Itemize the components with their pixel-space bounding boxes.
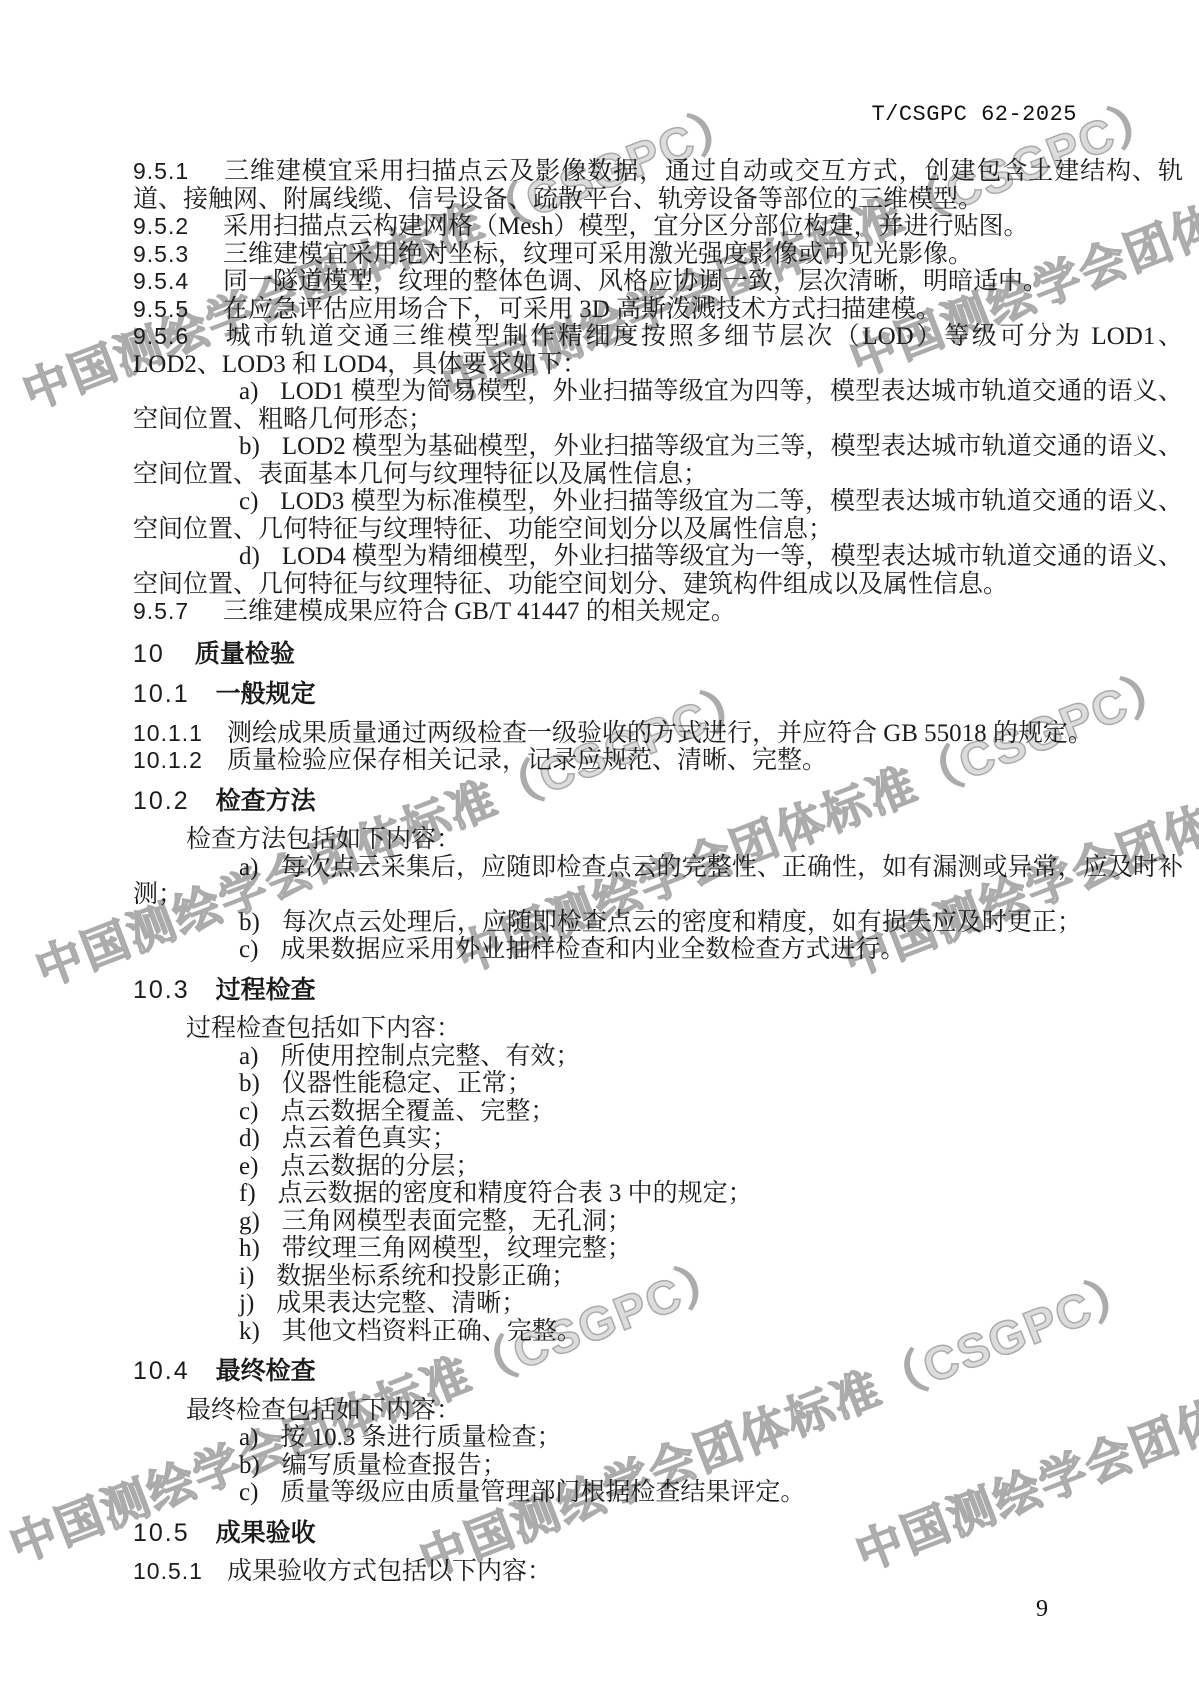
item-text: 带纹理三角网模型，纹理完整； bbox=[282, 1235, 632, 1262]
item-letter: a) bbox=[186, 1424, 258, 1452]
page-number: 9 bbox=[1036, 1596, 1048, 1623]
intro-text: 过程检查包括如下内容： bbox=[186, 1015, 461, 1042]
list-item: a)LOD1 模型为简易模型，外业扫描等级宜为四等，模型表达城市轨道交通的语义、… bbox=[133, 378, 1183, 433]
list-item: c)质量等级应由质量管理部门根据检查结果评定。 bbox=[133, 1479, 1183, 1507]
list-item: h)带纹理三角网模型，纹理完整； bbox=[133, 1235, 1183, 1263]
heading-title: 最终检查 bbox=[216, 1357, 316, 1385]
clause-paragraph: 10.1.1测绘成果质量通过两级检查一级验收的方式进行，并应符合 GB 5501… bbox=[133, 720, 1183, 748]
item-letter: d) bbox=[186, 1125, 260, 1153]
item-letter: a) bbox=[186, 1043, 258, 1071]
clause-paragraph: 9.5.2采用扫描点云构建网格（Mesh）模型，宜分区分部位构建，并进行贴图。 bbox=[133, 213, 1183, 241]
clause-number: 9.5.4 bbox=[133, 268, 199, 296]
clause-number: 9.5.3 bbox=[133, 241, 199, 269]
item-letter: b) bbox=[186, 433, 260, 461]
subsection-heading: 10.1一般规定 bbox=[133, 681, 1183, 709]
clause-paragraph: 9.5.7三维建模成果应符合 GB/T 41447 的相关规定。 bbox=[133, 598, 1183, 626]
clause-text: 同一隧道模型，纹理的整体色调、风格应协调一致，层次清晰，明暗适中。 bbox=[223, 268, 1048, 295]
clause-number: 9.5.1 bbox=[133, 158, 199, 186]
item-text: 点云数据的分层； bbox=[280, 1153, 480, 1180]
clause-paragraph: 9.5.6城市轨道交通三维模型制作精细度按照多细节层次（LOD）等级可分为 LO… bbox=[133, 323, 1183, 378]
subsection-heading: 10.4最终检查 bbox=[133, 1358, 1183, 1386]
item-text: LOD1 模型为简易模型，外业扫描等级宜为四等，模型表达城市轨道交通的语义、空间… bbox=[133, 378, 1183, 433]
item-letter: a) bbox=[186, 854, 258, 882]
clause-number: 10.1.2 bbox=[133, 747, 203, 775]
list-item: f)点云数据的密度和精度符合表 3 中的规定； bbox=[133, 1180, 1183, 1208]
item-text: 点云着色真实； bbox=[282, 1125, 457, 1152]
clause-text: 质量检验应保存相关记录，记录应规范、清晰、完整。 bbox=[227, 747, 827, 774]
item-text: 成果数据应采用外业抽样检查和内业全数检查方式进行。 bbox=[280, 936, 905, 963]
item-letter: b) bbox=[186, 909, 260, 937]
list-item: b)仪器性能稳定、正常； bbox=[133, 1070, 1183, 1098]
list-item: i)数据坐标系统和投影正确； bbox=[133, 1263, 1183, 1291]
list-item: a)按 10.3 条进行质量检查； bbox=[133, 1424, 1183, 1452]
clause-text: 三维建模成果应符合 GB/T 41447 的相关规定。 bbox=[223, 598, 736, 625]
item-text: 点云数据的密度和精度符合表 3 中的规定； bbox=[278, 1180, 753, 1207]
item-letter: f) bbox=[186, 1180, 256, 1208]
intro-paragraph: 最终检查包括如下内容： bbox=[133, 1397, 1183, 1425]
item-text: 编写质量检查报告； bbox=[282, 1452, 507, 1479]
item-text: 三角网模型表面完整，无孔洞； bbox=[282, 1208, 632, 1235]
clause-number: 10.5.1 bbox=[133, 1558, 203, 1586]
heading-title: 成果验收 bbox=[216, 1519, 316, 1547]
item-text: 每次点云采集后，应随即检查点云的完整性、正确性，如有漏测或异常，应及时补测； bbox=[133, 854, 1183, 909]
intro-paragraph: 过程检查包括如下内容： bbox=[133, 1015, 1183, 1043]
clause-text: 三维建模宜采用绝对坐标，纹理可采用激光强度影像或可见光影像。 bbox=[223, 241, 973, 268]
item-letter: a) bbox=[186, 378, 258, 406]
list-item: d)LOD4 模型为精细模型，外业扫描等级宜为一等，模型表达城市轨道交通的语义、… bbox=[133, 543, 1183, 598]
clause-number: 9.5.2 bbox=[133, 213, 199, 241]
list-item: c)点云数据全覆盖、完整； bbox=[133, 1098, 1183, 1126]
heading-number: 10.5 bbox=[133, 1519, 190, 1547]
clause-paragraph: 10.5.1成果验收方式包括以下内容： bbox=[133, 1558, 1183, 1586]
item-letter: d) bbox=[186, 543, 260, 571]
clause-text: 采用扫描点云构建网格（Mesh）模型，宜分区分部位构建，并进行贴图。 bbox=[223, 213, 1029, 240]
heading-number: 10.1 bbox=[133, 680, 190, 708]
clause-text: 三维建模宜采用扫描点云及影像数据，通过自动或交互方式，创建包含土建结构、轨道、接… bbox=[133, 158, 1183, 213]
clause-text: 在应急评估应用场合下，可采用 3D 高斯泼溅技术方式扫描建模。 bbox=[223, 296, 941, 323]
subsection-heading: 10.2检查方法 bbox=[133, 788, 1183, 816]
item-text: LOD3 模型为标准模型，外业扫描等级宜为二等，模型表达城市轨道交通的语义、空间… bbox=[133, 488, 1183, 543]
heading-title: 过程检查 bbox=[216, 976, 316, 1004]
list-item: b)每次点云处理后，应随即检查点云的密度和精度，如有损失应及时更正； bbox=[133, 909, 1183, 937]
clause-number: 9.5.5 bbox=[133, 296, 199, 324]
heading-number: 10.3 bbox=[133, 976, 190, 1004]
clause-number: 10.1.1 bbox=[133, 720, 203, 748]
list-item: b)编写质量检查报告； bbox=[133, 1452, 1183, 1480]
heading-title: 一般规定 bbox=[216, 680, 316, 708]
subsection-heading: 10.5成果验收 bbox=[133, 1520, 1183, 1548]
item-letter: c) bbox=[186, 936, 258, 964]
subsection-heading: 10.3过程检查 bbox=[133, 977, 1183, 1005]
clause-number: 9.5.6 bbox=[133, 323, 199, 351]
document-content: 9.5.1三维建模宜采用扫描点云及影像数据，通过自动或交互方式，创建包含土建结构… bbox=[133, 158, 1183, 1586]
list-item: a)所使用控制点完整、有效； bbox=[133, 1043, 1183, 1071]
clause-paragraph: 9.5.1三维建模宜采用扫描点云及影像数据，通过自动或交互方式，创建包含土建结构… bbox=[133, 158, 1183, 213]
item-letter: e) bbox=[186, 1153, 258, 1181]
heading-number: 10 bbox=[133, 640, 165, 668]
item-letter: k) bbox=[186, 1318, 260, 1346]
list-item: a)每次点云采集后，应随即检查点云的完整性、正确性，如有漏测或异常，应及时补测； bbox=[133, 854, 1183, 909]
item-text: 点云数据全覆盖、完整； bbox=[280, 1098, 555, 1125]
clause-text: 城市轨道交通三维模型制作精细度按照多细节层次（LOD）等级可分为 LOD1、LO… bbox=[133, 323, 1183, 378]
item-text: LOD4 模型为精细模型，外业扫描等级宜为一等，模型表达城市轨道交通的语义、空间… bbox=[133, 543, 1183, 598]
heading-number: 10.2 bbox=[133, 787, 190, 815]
item-letter: h) bbox=[186, 1235, 260, 1263]
list-item: e)点云数据的分层； bbox=[133, 1153, 1183, 1181]
clause-paragraph: 10.1.2质量检验应保存相关记录，记录应规范、清晰、完整。 bbox=[133, 747, 1183, 775]
clause-number: 9.5.7 bbox=[133, 598, 199, 626]
item-text: LOD2 模型为基础模型，外业扫描等级宜为三等，模型表达城市轨道交通的语义、空间… bbox=[133, 433, 1183, 488]
item-letter: c) bbox=[186, 1479, 258, 1507]
item-text: 所使用控制点完整、有效； bbox=[280, 1043, 580, 1070]
item-text: 仪器性能稳定、正常； bbox=[282, 1070, 532, 1097]
heading-title: 检查方法 bbox=[216, 787, 316, 815]
clause-text: 成果验收方式包括以下内容： bbox=[227, 1558, 552, 1585]
clause-paragraph: 9.5.3三维建模宜采用绝对坐标，纹理可采用激光强度影像或可见光影像。 bbox=[133, 241, 1183, 269]
intro-text: 最终检查包括如下内容： bbox=[186, 1397, 461, 1424]
clause-text: 测绘成果质量通过两级检查一级验收的方式进行，并应符合 GB 55018 的规定。 bbox=[227, 720, 1093, 747]
item-text: 数据坐标系统和投影正确； bbox=[276, 1263, 576, 1290]
item-letter: b) bbox=[186, 1070, 260, 1098]
item-letter: g) bbox=[186, 1208, 260, 1236]
section-heading: 10质量检验 bbox=[133, 641, 1183, 669]
list-item: k)其他文档资料正确、完整。 bbox=[133, 1318, 1183, 1346]
item-text: 成果表达完整、清晰； bbox=[276, 1290, 526, 1317]
item-text: 按 10.3 条进行质量检查； bbox=[280, 1424, 561, 1451]
item-text: 每次点云处理后，应随即检查点云的密度和精度，如有损失应及时更正； bbox=[282, 909, 1082, 936]
list-item: b)LOD2 模型为基础模型，外业扫描等级宜为三等，模型表达城市轨道交通的语义、… bbox=[133, 433, 1183, 488]
heading-number: 10.4 bbox=[133, 1357, 190, 1385]
item-letter: j) bbox=[186, 1290, 254, 1318]
list-item: g)三角网模型表面完整，无孔洞； bbox=[133, 1208, 1183, 1236]
clause-paragraph: 9.5.5在应急评估应用场合下，可采用 3D 高斯泼溅技术方式扫描建模。 bbox=[133, 296, 1183, 324]
item-letter: c) bbox=[186, 1098, 258, 1126]
list-item: d)点云着色真实； bbox=[133, 1125, 1183, 1153]
page-header-doc-code: T/CSGPC 62-2025 bbox=[871, 102, 1077, 127]
heading-title: 质量检验 bbox=[195, 640, 295, 668]
intro-text: 检查方法包括如下内容： bbox=[186, 826, 461, 853]
item-text: 质量等级应由质量管理部门根据检查结果评定。 bbox=[280, 1479, 805, 1506]
list-item: c)LOD3 模型为标准模型，外业扫描等级宜为二等，模型表达城市轨道交通的语义、… bbox=[133, 488, 1183, 543]
clause-paragraph: 9.5.4同一隧道模型，纹理的整体色调、风格应协调一致，层次清晰，明暗适中。 bbox=[133, 268, 1183, 296]
list-item: c)成果数据应采用外业抽样检查和内业全数检查方式进行。 bbox=[133, 936, 1183, 964]
item-letter: c) bbox=[186, 488, 258, 516]
list-item: j)成果表达完整、清晰； bbox=[133, 1290, 1183, 1318]
item-letter: b) bbox=[186, 1452, 260, 1480]
item-text: 其他文档资料正确、完整。 bbox=[282, 1318, 582, 1345]
item-letter: i) bbox=[186, 1263, 254, 1291]
intro-paragraph: 检查方法包括如下内容： bbox=[133, 826, 1183, 854]
